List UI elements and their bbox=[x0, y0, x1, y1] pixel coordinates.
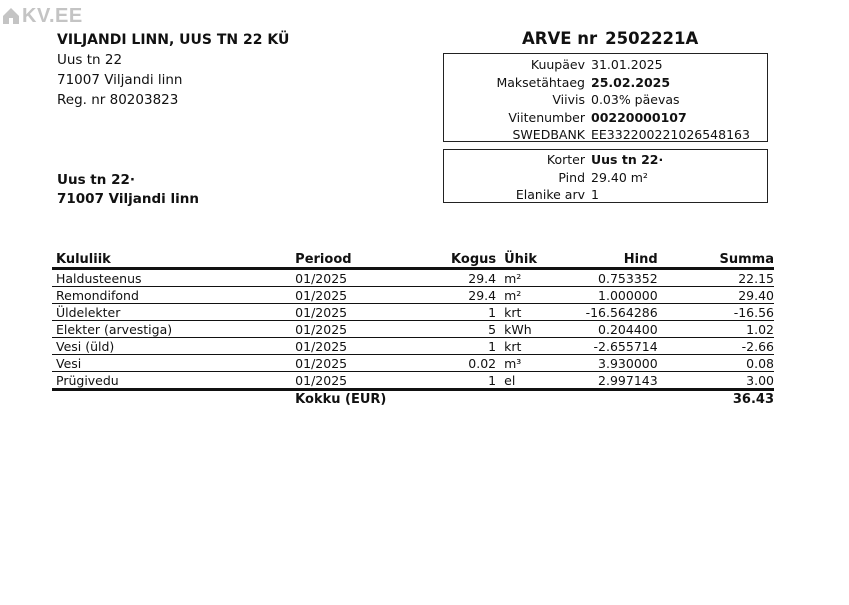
cell-unit: m³ bbox=[496, 355, 551, 372]
cell-quantity: 1 bbox=[408, 372, 496, 390]
invoice-info-row: Viitenumber00220000107 bbox=[444, 109, 767, 127]
cell-quantity: 0.02 bbox=[408, 355, 496, 372]
cell-type: Haldusteenus bbox=[52, 269, 291, 287]
invoice-info-value: 31.01.2025 bbox=[591, 56, 663, 74]
apartment-info-box: KorterUus tn 22·Pind29.40 m²Elanike arv1 bbox=[443, 149, 768, 203]
apartment-info-row: Pind29.40 m² bbox=[444, 169, 767, 187]
cell-type: Prügivedu bbox=[52, 372, 291, 390]
table-header-row: Kululiik Periood Kogus Ühik Hind Summa bbox=[52, 252, 774, 269]
header-unit: Ühik bbox=[496, 252, 551, 269]
cell-period: 01/2025 bbox=[291, 372, 408, 390]
invoice-info-row: Maksetähtaeg25.02.2025 bbox=[444, 74, 767, 92]
table-row: Remondifond01/202529.4m²1.00000029.40 bbox=[52, 287, 774, 304]
cell-period: 01/2025 bbox=[291, 287, 408, 304]
table-row: Prügivedu01/20251el2.9971433.00 bbox=[52, 372, 774, 390]
apartment-info-label: Pind bbox=[444, 169, 591, 187]
total-amount: 36.43 bbox=[658, 390, 774, 409]
buyer-street: Uus tn 22· bbox=[57, 171, 199, 190]
table-row: Üldelekter01/20251krt-16.564286-16.56 bbox=[52, 304, 774, 321]
cell-price: -2.655714 bbox=[551, 338, 658, 355]
cell-price: 2.997143 bbox=[551, 372, 658, 390]
invoice-info-row: SWEDBANKEE332200221026548163 bbox=[444, 126, 767, 144]
cell-period: 01/2025 bbox=[291, 269, 408, 287]
seller-city: 71007 Viljandi linn bbox=[57, 70, 289, 90]
invoice-info-label: Kuupäev bbox=[444, 56, 591, 74]
cell-price: 1.000000 bbox=[551, 287, 658, 304]
invoice-info-label: Maksetähtaeg bbox=[444, 74, 591, 92]
apartment-info-value: Uus tn 22· bbox=[591, 151, 663, 169]
cell-sum: 0.08 bbox=[658, 355, 774, 372]
cell-unit: krt bbox=[496, 304, 551, 321]
cell-period: 01/2025 bbox=[291, 304, 408, 321]
cell-type: Remondifond bbox=[52, 287, 291, 304]
cell-type: Vesi bbox=[52, 355, 291, 372]
cell-price: -16.564286 bbox=[551, 304, 658, 321]
cell-quantity: 1 bbox=[408, 304, 496, 321]
cell-unit: el bbox=[496, 372, 551, 390]
apartment-info-row: KorterUus tn 22· bbox=[444, 151, 767, 169]
cell-quantity: 29.4 bbox=[408, 287, 496, 304]
cell-unit: kWh bbox=[496, 321, 551, 338]
cell-type: Elekter (arvestiga) bbox=[52, 321, 291, 338]
apartment-info-label: Elanike arv bbox=[444, 186, 591, 204]
invoice-info-value: EE332200221026548163 bbox=[591, 126, 750, 144]
cell-sum: 1.02 bbox=[658, 321, 774, 338]
cell-price: 0.753352 bbox=[551, 269, 658, 287]
cell-sum: 22.15 bbox=[658, 269, 774, 287]
invoice-info-box: Kuupäev31.01.2025Maksetähtaeg25.02.2025V… bbox=[443, 53, 768, 142]
cell-sum: 29.40 bbox=[658, 287, 774, 304]
cell-price: 3.930000 bbox=[551, 355, 658, 372]
apartment-info-row: Elanike arv1 bbox=[444, 186, 767, 204]
cell-sum: 3.00 bbox=[658, 372, 774, 390]
cell-quantity: 5 bbox=[408, 321, 496, 338]
cell-period: 01/2025 bbox=[291, 355, 408, 372]
house-icon bbox=[2, 7, 20, 25]
table-row: Vesi (üld)01/20251krt-2.655714-2.66 bbox=[52, 338, 774, 355]
seller-street: Uus tn 22 bbox=[57, 50, 289, 70]
invoice-number: 2502221A bbox=[605, 29, 698, 48]
header-type: Kululiik bbox=[52, 252, 291, 269]
logo-text: KV.EE bbox=[22, 5, 83, 28]
cell-unit: m² bbox=[496, 269, 551, 287]
seller-reg-number: Reg. nr 80203823 bbox=[57, 90, 289, 110]
invoice-info-value: 00220000107 bbox=[591, 109, 687, 127]
seller-name: VILJANDI LINN, UUS TN 22 KÜ bbox=[57, 30, 289, 50]
invoice-info-value: 0.03% päevas bbox=[591, 91, 680, 109]
cell-type: Vesi (üld) bbox=[52, 338, 291, 355]
invoice-title: ARVE nr2502221A bbox=[522, 29, 698, 48]
table-row: Vesi01/20250.02m³3.9300000.08 bbox=[52, 355, 774, 372]
apartment-info-value: 29.40 m² bbox=[591, 169, 648, 187]
header-quantity: Kogus bbox=[408, 252, 496, 269]
cell-price: 0.204400 bbox=[551, 321, 658, 338]
header-period: Periood bbox=[291, 252, 408, 269]
cell-unit: m² bbox=[496, 287, 551, 304]
buyer-block: Uus tn 22· 71007 Viljandi linn bbox=[57, 171, 199, 209]
seller-block: VILJANDI LINN, UUS TN 22 KÜ Uus tn 22 71… bbox=[57, 30, 289, 110]
apartment-info-label: Korter bbox=[444, 151, 591, 169]
total-row: Kokku (EUR) 36.43 bbox=[52, 390, 774, 409]
invoice-info-label: SWEDBANK bbox=[444, 126, 591, 144]
cell-sum: -16.56 bbox=[658, 304, 774, 321]
table-row: Haldusteenus01/202529.4m²0.75335222.15 bbox=[52, 269, 774, 287]
cell-period: 01/2025 bbox=[291, 321, 408, 338]
invoice-info-value: 25.02.2025 bbox=[591, 74, 670, 92]
cell-type: Üldelekter bbox=[52, 304, 291, 321]
invoice-info-label: Viivis bbox=[444, 91, 591, 109]
cell-period: 01/2025 bbox=[291, 338, 408, 355]
buyer-city: 71007 Viljandi linn bbox=[57, 190, 199, 209]
charges-table: Kululiik Periood Kogus Ühik Hind Summa H… bbox=[52, 252, 774, 408]
header-sum: Summa bbox=[658, 252, 774, 269]
total-label: Kokku (EUR) bbox=[291, 390, 408, 409]
table-row: Elekter (arvestiga)01/20255kWh0.2044001.… bbox=[52, 321, 774, 338]
cell-quantity: 29.4 bbox=[408, 269, 496, 287]
invoice-info-row: Viivis0.03% päevas bbox=[444, 91, 767, 109]
apartment-info-value: 1 bbox=[591, 186, 599, 204]
invoice-title-label: ARVE nr bbox=[522, 29, 597, 48]
invoice-info-row: Kuupäev31.01.2025 bbox=[444, 56, 767, 74]
invoice-info-label: Viitenumber bbox=[444, 109, 591, 127]
cell-quantity: 1 bbox=[408, 338, 496, 355]
kv-ee-logo: KV.EE bbox=[2, 5, 83, 27]
cell-sum: -2.66 bbox=[658, 338, 774, 355]
header-price: Hind bbox=[551, 252, 658, 269]
cell-unit: krt bbox=[496, 338, 551, 355]
